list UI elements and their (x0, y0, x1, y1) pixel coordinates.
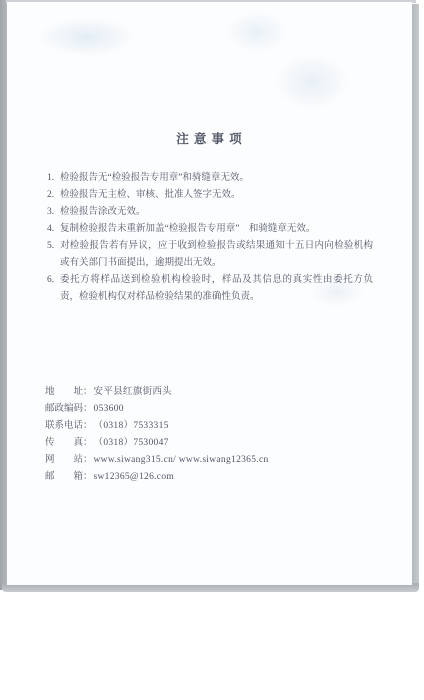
note-text: 检验报告无“检验报告专用章”和骑缝章无效。 (60, 170, 373, 187)
note-text: 委托方将样品送到检验机构检验时，样品及其信息的真实性由委托方负责，检验机构仅对样… (60, 272, 373, 306)
contact-value: www.siwang315.cn/ www.siwang12365.cn (93, 452, 269, 469)
note-text: 复制检验报告未重新加盖“检验报告专用章” 和骑缝章无效。 (60, 221, 373, 238)
contact-colon: ： (83, 469, 93, 486)
note-text: 检验报告涂改无效。 (60, 204, 373, 221)
contact-colon: ： (83, 384, 93, 401)
note-number: 2. (47, 187, 60, 204)
contact-row: 传真：（0318）7530047 (45, 435, 269, 452)
paper-sheet: 注 意 事 项 1. 检验报告无“检验报告专用章”和骑缝章无效。 2. 检验报告… (7, 2, 412, 585)
contact-value: （0318）7530047 (93, 435, 169, 452)
contact-colon: ： (83, 401, 93, 418)
note-number: 5. (47, 238, 60, 255)
contact-colon: ： (83, 418, 93, 435)
contact-label: 邮政编码 (45, 401, 83, 418)
contact-row: 邮政编码：053600 (45, 401, 269, 418)
contact-label: 地址 (45, 384, 83, 401)
contact-value: 安平县红旗街西头 (93, 384, 172, 401)
contact-row: 网站：www.siwang315.cn/ www.siwang12365.cn (45, 452, 269, 469)
contact-value: sw12365@126.com (93, 469, 175, 486)
note-item: 1. 检验报告无“检验报告专用章”和骑缝章无效。 (47, 170, 373, 187)
contact-row: 地址：安平县红旗街西头 (45, 384, 269, 401)
note-number: 1. (47, 170, 60, 187)
contact-colon: ： (83, 435, 93, 452)
note-item: 2. 检验报告无主检、审核、批准人签字无效。 (47, 187, 373, 204)
contact-label: 联系电话 (45, 418, 83, 435)
scan-edge-right (412, 4, 419, 588)
notes-list: 1. 检验报告无“检验报告专用章”和骑缝章无效。 2. 检验报告无主检、审核、批… (47, 170, 373, 306)
contact-block: 地址：安平县红旗街西头 邮政编码：053600 联系电话：（0318）75333… (45, 384, 269, 486)
note-item: 4. 复制检验报告未重新加盖“检验报告专用章” 和骑缝章无效。 (47, 221, 373, 238)
page-title: 注 意 事 项 (7, 129, 412, 147)
contact-label: 传真 (45, 435, 83, 452)
note-number: 3. (47, 204, 60, 221)
note-number: 6. (47, 272, 60, 289)
note-item: 3. 检验报告涂改无效。 (47, 204, 373, 221)
scan-edge-left (0, 0, 7, 590)
note-text: 检验报告无主检、审核、批准人签字无效。 (60, 187, 373, 204)
scanned-page: 注 意 事 项 1. 检验报告无“检验报告专用章”和骑缝章无效。 2. 检验报告… (0, 0, 421, 592)
contact-label: 网站 (45, 452, 83, 469)
note-number: 4. (47, 221, 60, 238)
contact-row: 邮箱：sw12365@126.com (45, 469, 269, 486)
contact-value: （0318）7533315 (93, 418, 169, 435)
contact-row: 联系电话：（0318）7533315 (45, 418, 269, 435)
note-item: 5. 对检验报告若有异议，应于收到检验报告或结果通知十五日内向检验机构或有关部门… (47, 238, 373, 272)
note-text: 对检验报告若有异议，应于收到检验报告或结果通知十五日内向检验机构或有关部门书面提… (60, 238, 373, 272)
note-item: 6. 委托方将样品送到检验机构检验时，样品及其信息的真实性由委托方负责，检验机构… (47, 272, 373, 306)
contact-value: 053600 (93, 401, 124, 418)
contact-colon: ： (83, 452, 93, 469)
contact-label: 邮箱 (45, 469, 83, 486)
